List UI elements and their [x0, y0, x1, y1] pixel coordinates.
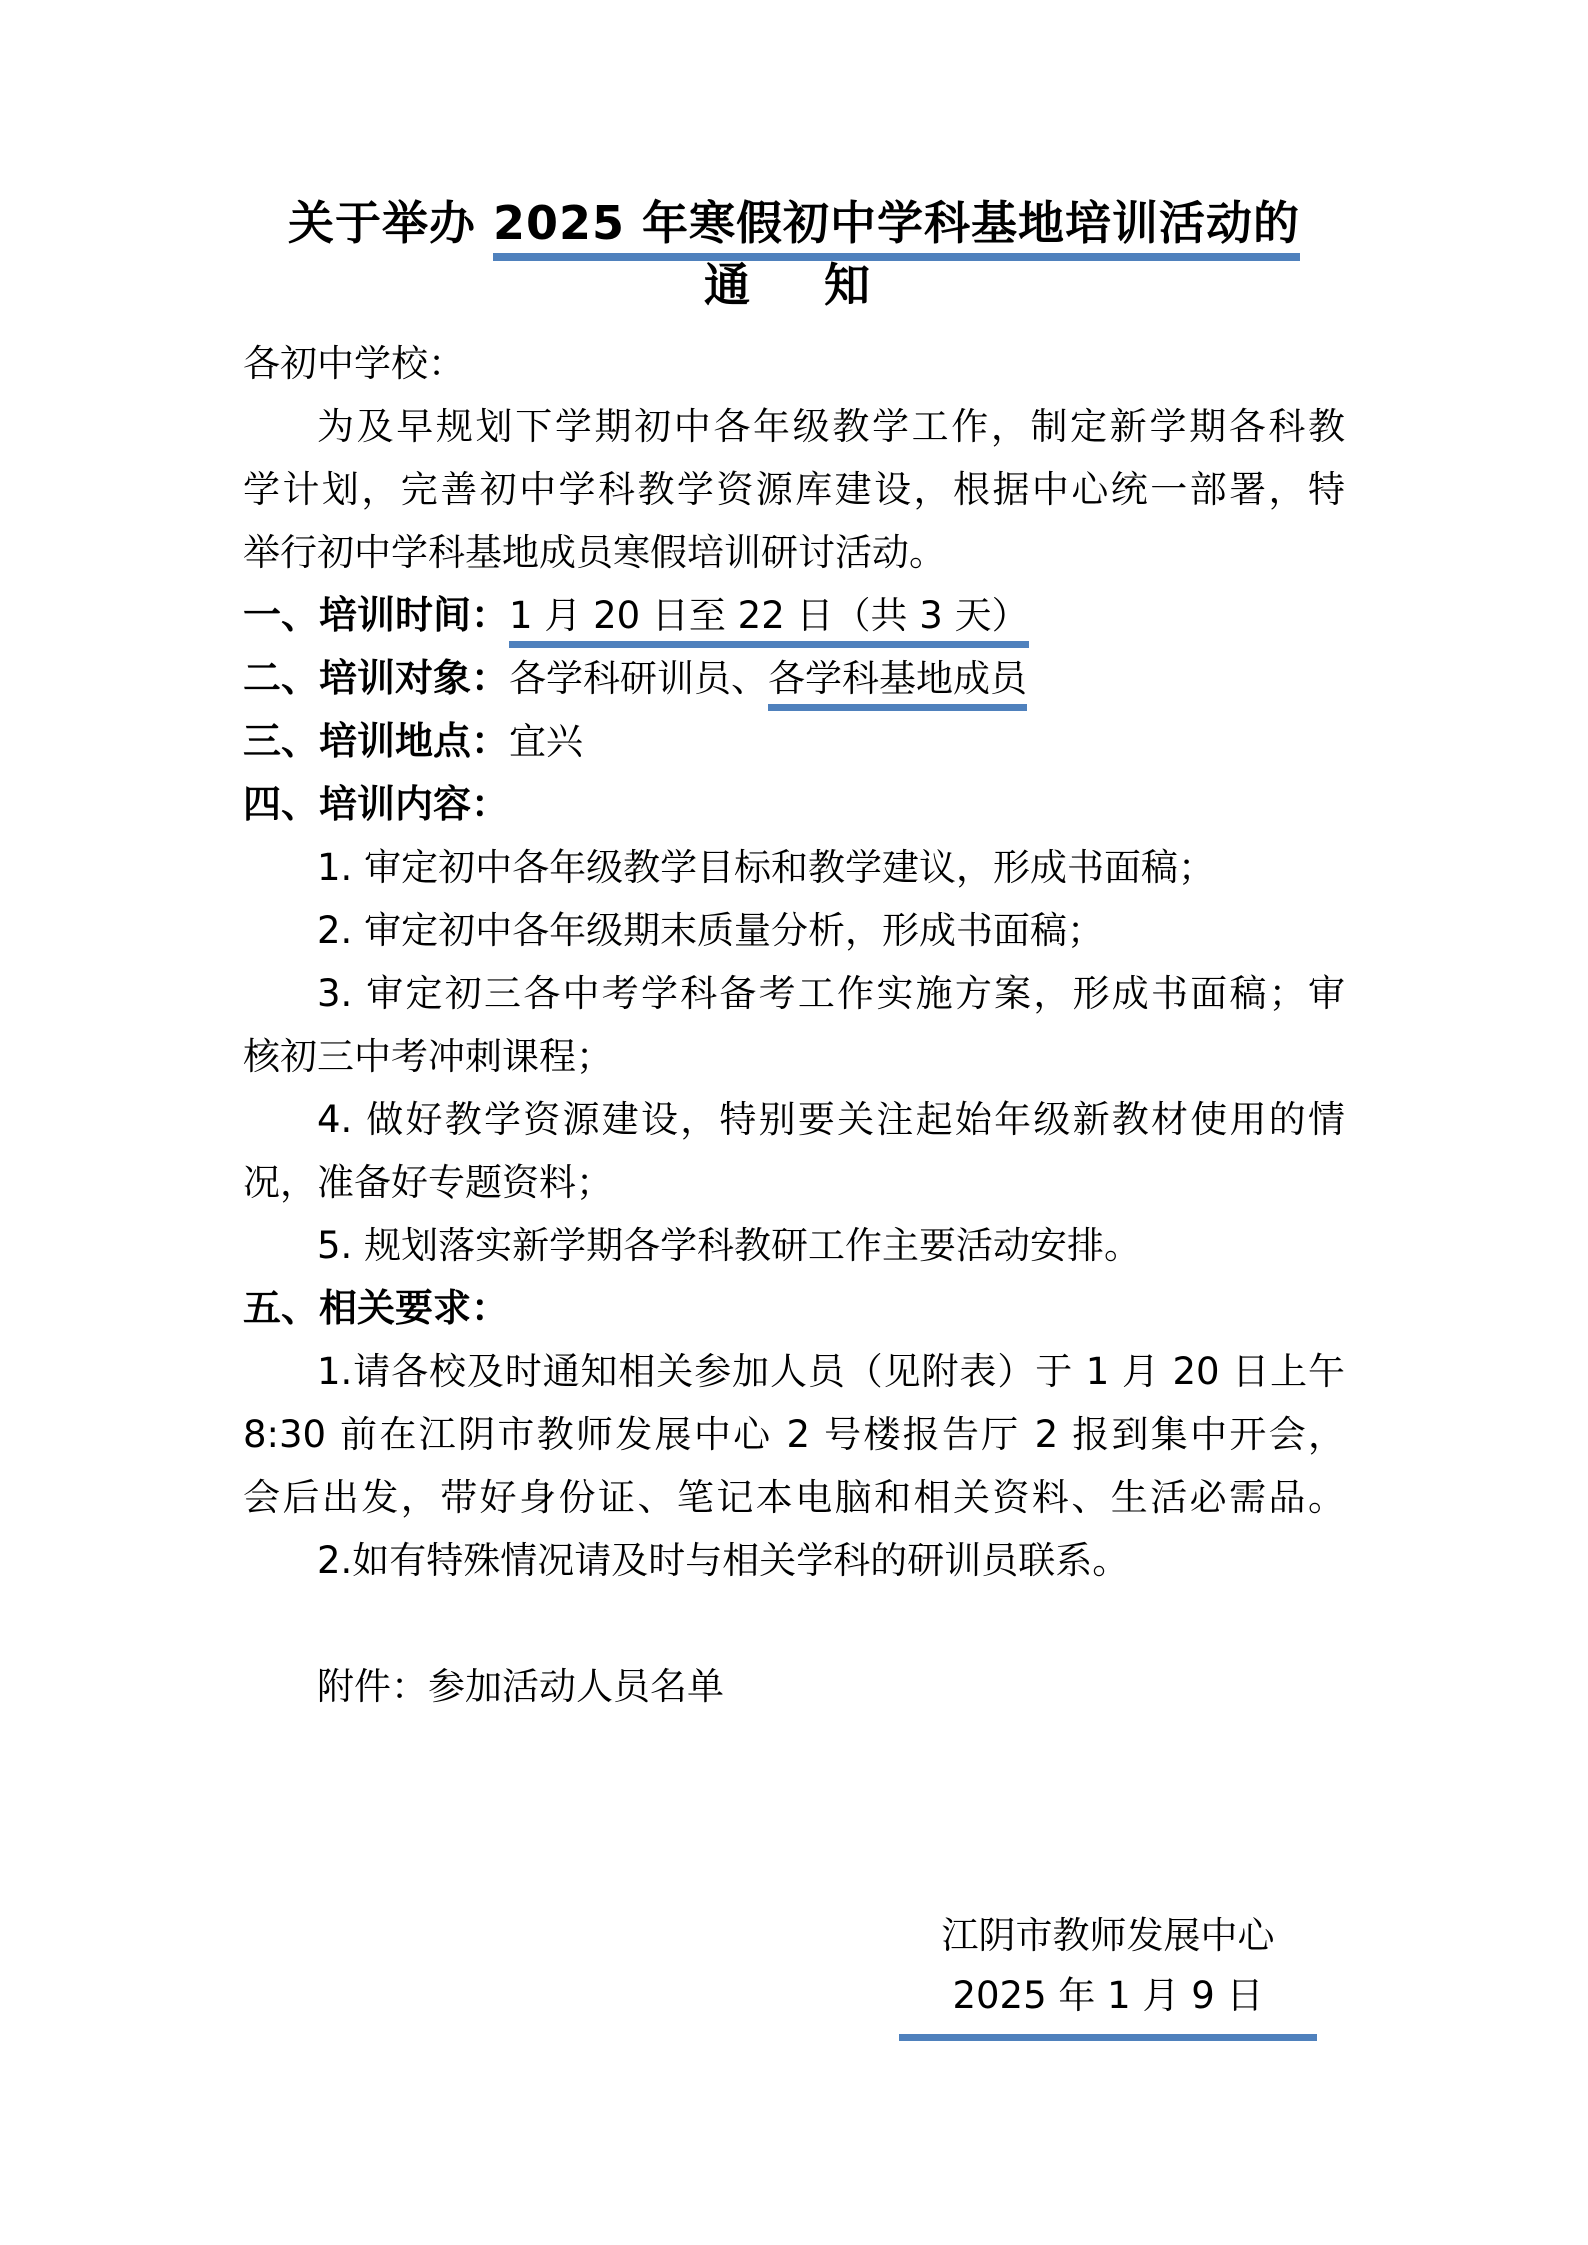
section-location: 三、培训地点：宜兴 — [243, 710, 1345, 773]
content-item-3-cont: 核初三中考冲刺课程； — [243, 1025, 1345, 1088]
title-prefix: 关于举办 — [288, 196, 493, 250]
title-underlined-segment: 2025 年寒假初中学科基地培训活动的 — [493, 196, 1300, 261]
requirement-1-cont2: 会后出发，带好身份证、笔记本电脑和相关资料、生活必需品。 — [243, 1466, 1345, 1529]
content-item-2: 2. 审定初中各年级期末质量分析，形成书面稿； — [243, 899, 1345, 962]
intro-line: 为及早规划下学期初中各年级教学工作，制定新学期各科教 — [243, 395, 1345, 458]
section-location-label: 三、培训地点： — [243, 719, 509, 763]
salutation: 各初中学校： — [243, 332, 1345, 395]
content-item-5: 5. 规划落实新学期各学科教研工作主要活动安排。 — [243, 1214, 1345, 1277]
section-requirements-label: 五、相关要求： — [243, 1277, 1345, 1340]
document-title: 关于举办 2025 年寒假初中学科基地培训活动的 通 知 — [243, 192, 1345, 316]
content-item-3: 3. 审定初三各中考学科备考工作实施方案，形成书面稿；审 — [243, 962, 1345, 1025]
section-target-value-underlined: 各学科基地成员 — [768, 657, 1027, 711]
requirement-1-cont: 8:30 前在江阴市教师发展中心 2 号楼报告厅 2 报到集中开会， — [243, 1403, 1345, 1466]
section-target-value-plain: 各学科研训员、 — [509, 657, 768, 700]
title-line1: 关于举办 2025 年寒假初中学科基地培训活动的 — [243, 192, 1345, 254]
attachment-note: 附件：参加活动人员名单 — [243, 1655, 1345, 1718]
section-content-label: 四、培训内容： — [243, 773, 1345, 836]
section-target: 二、培训对象：各学科研训员、各学科基地成员 — [243, 647, 1345, 710]
notice-document-page: 关于举办 2025 年寒假初中学科基地培训活动的 通 知 各初中学校： 为及早规… — [0, 0, 1588, 2245]
requirement-2: 2.如有特殊情况请及时与相关学科的研训员联系。 — [243, 1529, 1345, 1592]
title-line2: 通 知 — [243, 254, 1345, 316]
section-time-label: 一、培训时间： — [243, 593, 509, 637]
content-item-4-cont: 况，准备好专题资料； — [243, 1151, 1345, 1214]
intro-line: 学计划，完善初中学科教学资源库建设，根据中心统一部署，特 — [243, 458, 1345, 521]
signature-block: 江阴市教师发展中心 2025 年 1 月 9 日 — [899, 1906, 1317, 2041]
signature-org: 江阴市教师发展中心 — [899, 1906, 1317, 1966]
document-body: 各初中学校： 为及早规划下学期初中各年级教学工作，制定新学期各科教 学计划，完善… — [243, 332, 1345, 2041]
intro-paragraph: 为及早规划下学期初中各年级教学工作，制定新学期各科教 学计划，完善初中学科教学资… — [243, 395, 1345, 584]
section-requirements-list: 1.请各校及时通知相关参加人员（见附表）于 1 月 20 日上午 8:30 前在… — [243, 1340, 1345, 1592]
signature-date: 2025 年 1 月 9 日 — [899, 1966, 1317, 2041]
section-target-label: 二、培训对象： — [243, 656, 509, 700]
section-time: 一、培训时间：1 月 20 日至 22 日（共 3 天） — [243, 584, 1345, 647]
requirement-1: 1.请各校及时通知相关参加人员（见附表）于 1 月 20 日上午 — [243, 1340, 1345, 1403]
content-item-4: 4. 做好教学资源建设，特别要关注起始年级新教材使用的情 — [243, 1088, 1345, 1151]
section-time-value: 1 月 20 日至 22 日（共 3 天） — [509, 594, 1029, 648]
intro-line: 举行初中学科基地成员寒假培训研讨活动。 — [243, 521, 1345, 584]
content-item-1: 1. 审定初中各年级教学目标和教学建议，形成书面稿； — [243, 836, 1345, 899]
section-content-list: 1. 审定初中各年级教学目标和教学建议，形成书面稿； 2. 审定初中各年级期末质… — [243, 836, 1345, 1277]
section-location-value: 宜兴 — [509, 720, 583, 763]
